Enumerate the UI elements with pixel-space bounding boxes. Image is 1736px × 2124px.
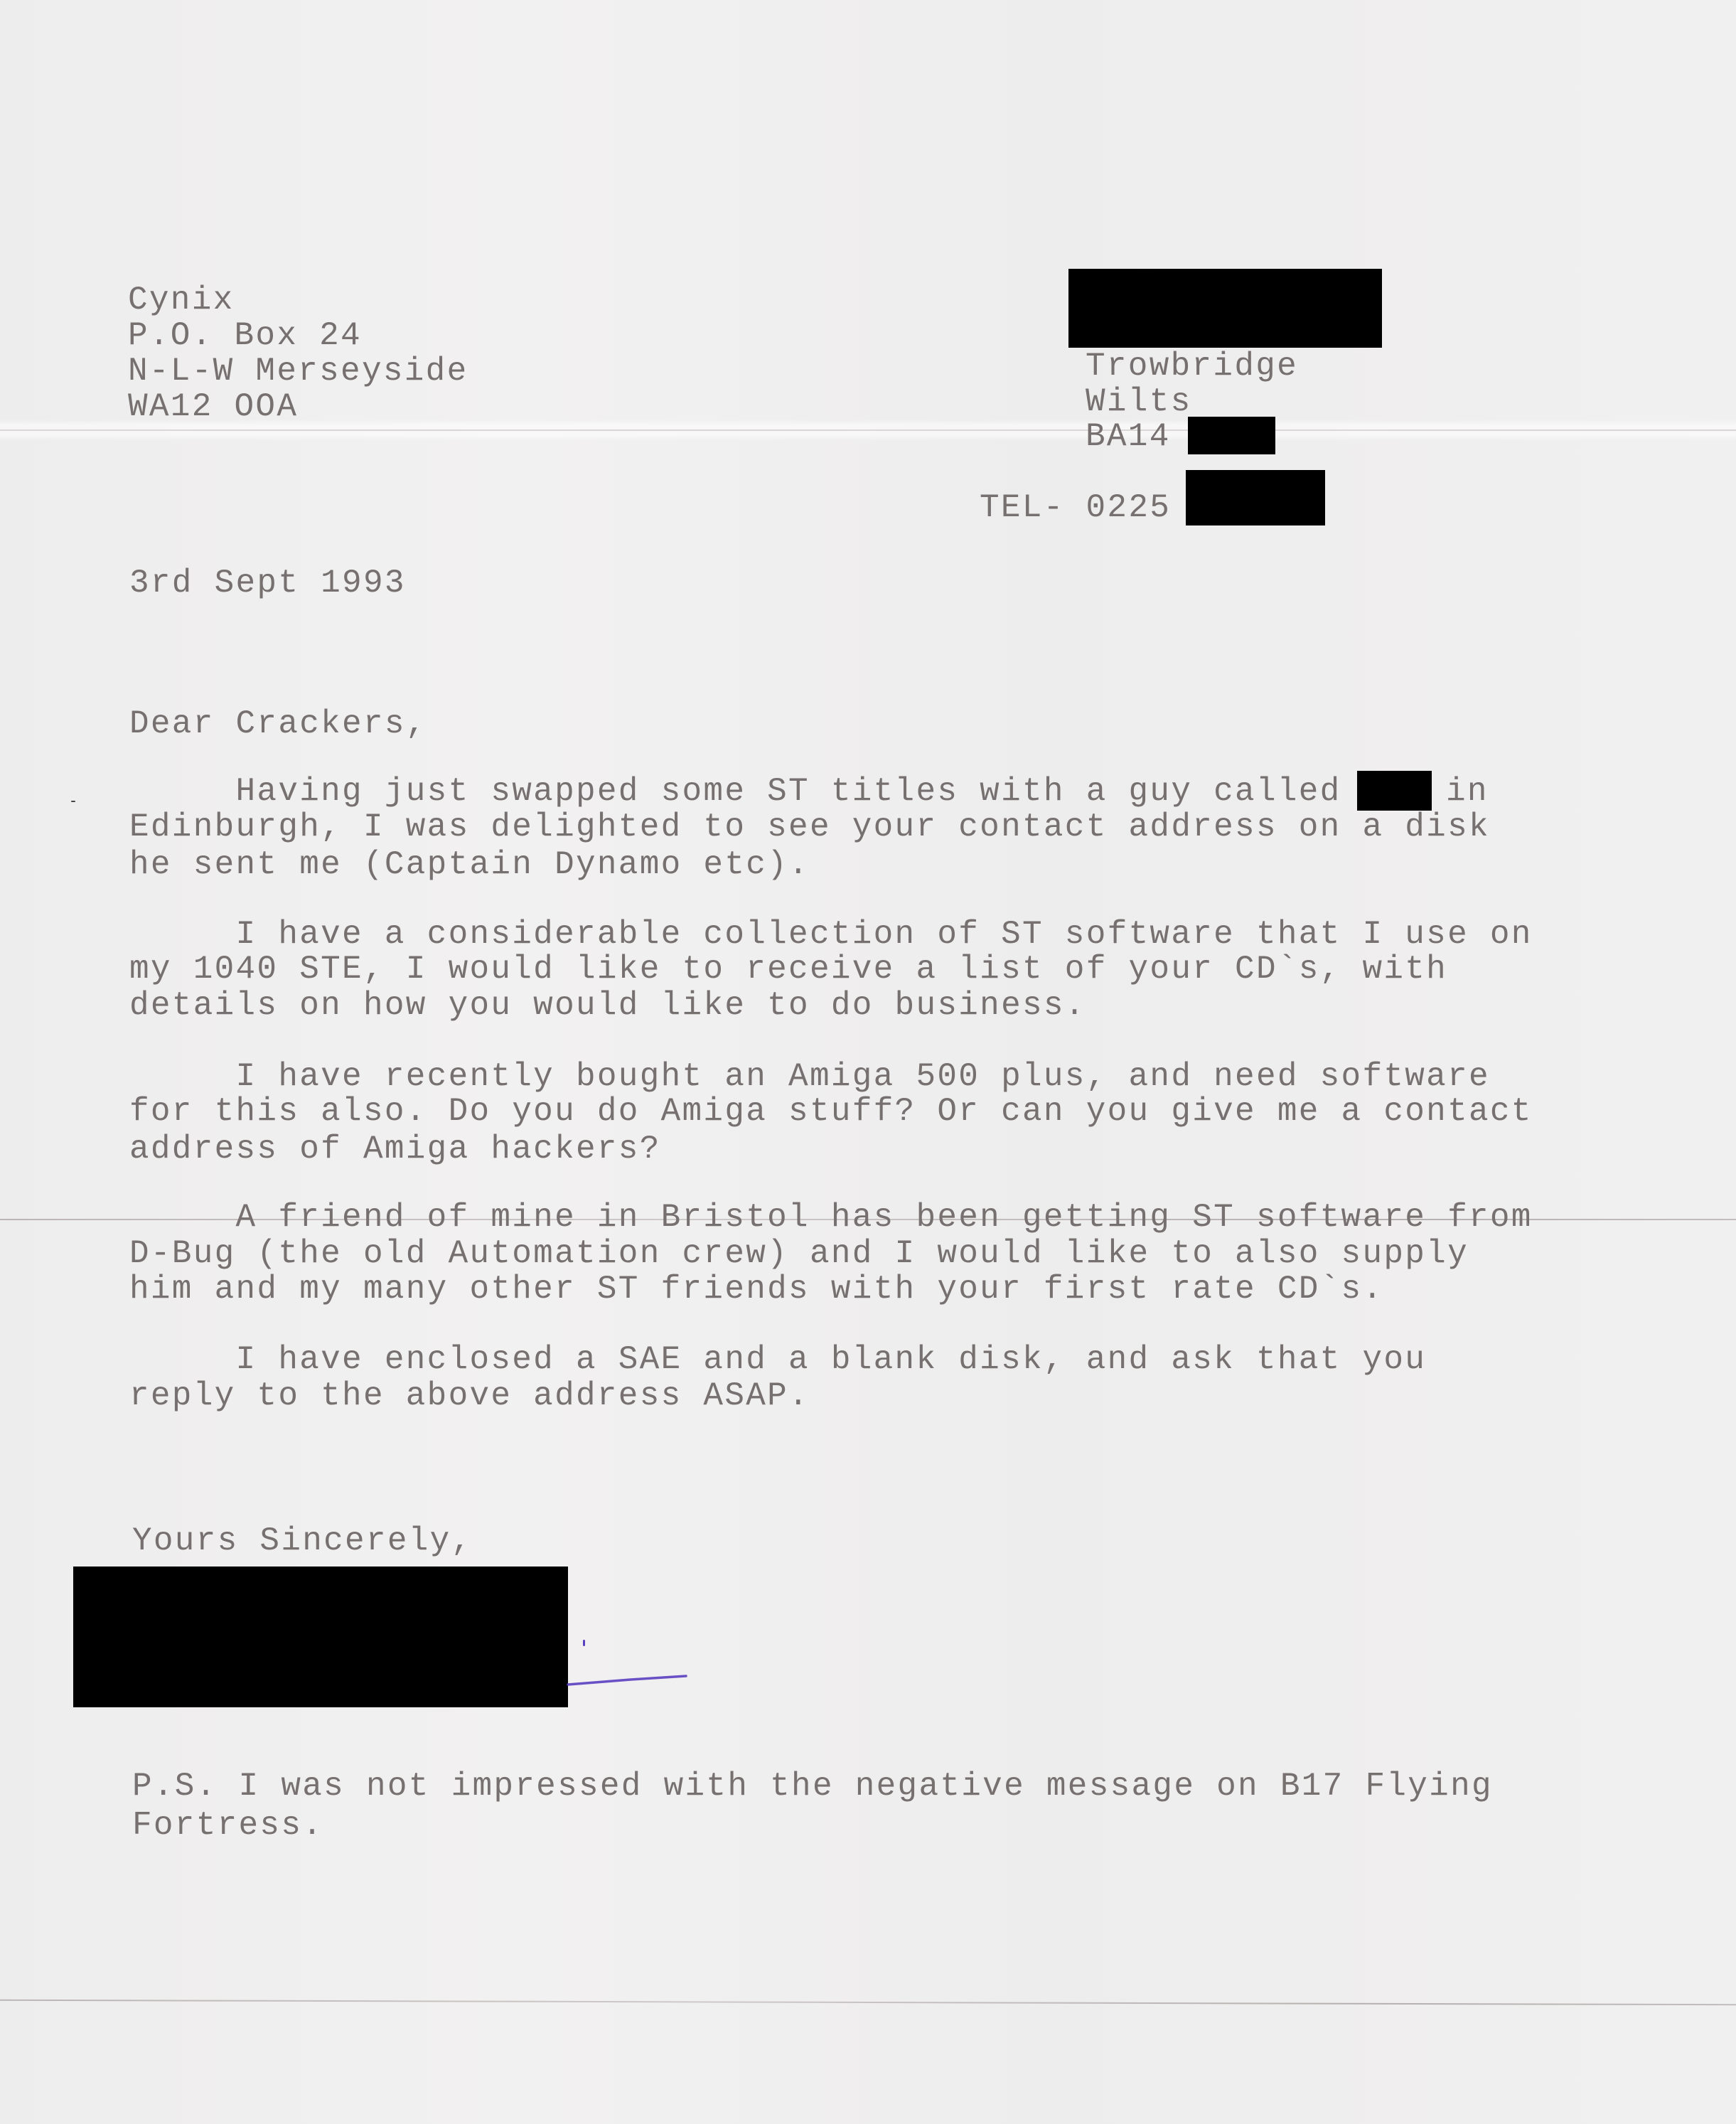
sender-line-po-box: P.O. Box 24 [128, 319, 362, 352]
body-line: he sent me (Captain Dynamo etc). [129, 848, 810, 881]
body-line: Edinburgh, I was delighted to see your c… [129, 811, 1490, 843]
recipient-phone-label: TEL- 0225 [980, 491, 1171, 524]
signature-pen-stroke [567, 1675, 687, 1689]
sender-line-town: N-L-W Merseyside [128, 355, 468, 388]
body-line: for this also. Do you do Amiga stuff? Or… [129, 1095, 1533, 1128]
recipient-line-postcode: BA14 [1086, 420, 1171, 453]
body-line: address of Amiga hackers? [129, 1133, 661, 1165]
redacted-phone-number [1186, 470, 1325, 525]
sender-line-name: Cynix [128, 284, 235, 316]
recipient-line-town: Trowbridge [1086, 350, 1298, 383]
body-line: A friend of mine in Bristol has been get… [129, 1201, 1533, 1234]
body-line: I have enclosed a SAE and a blank disk, … [129, 1343, 1426, 1376]
body-line: him and my many other ST friends with yo… [129, 1273, 1383, 1306]
recipient-line-county: Wilts [1086, 385, 1192, 418]
body-line: I have recently bought an Amiga 500 plus… [129, 1060, 1490, 1093]
redacted-contact-name [1357, 771, 1432, 811]
postscript-line: P.S. I was not impressed with the negati… [132, 1770, 1493, 1803]
body-line: I have a considerable collection of ST s… [129, 918, 1533, 951]
salutation: Dear Crackers, [129, 708, 427, 740]
letter-date: 3rd Sept 1993 [129, 567, 406, 599]
body-line: details on how you would like to do busi… [129, 989, 1086, 1022]
postscript-line: Fortress. [132, 1809, 323, 1842]
redacted-signature [73, 1567, 568, 1707]
pen-dot [583, 1640, 585, 1646]
redacted-postcode-suffix [1188, 417, 1275, 454]
sender-line-postcode: WA12 OOA [128, 390, 298, 423]
body-line: D-Bug (the old Automation crew) and I wo… [129, 1237, 1469, 1270]
closing: Yours Sincerely, [132, 1525, 472, 1557]
body-line: Having just swapped some ST titles with … [129, 775, 1341, 808]
body-line: my 1040 STE, I would like to receive a l… [129, 953, 1447, 986]
fold-crease-upper [0, 429, 1736, 431]
stray-mark [71, 801, 75, 802]
body-line: reply to the above address ASAP. [129, 1379, 810, 1412]
redacted-recipient-name [1068, 269, 1382, 348]
body-line: in [1446, 775, 1489, 808]
